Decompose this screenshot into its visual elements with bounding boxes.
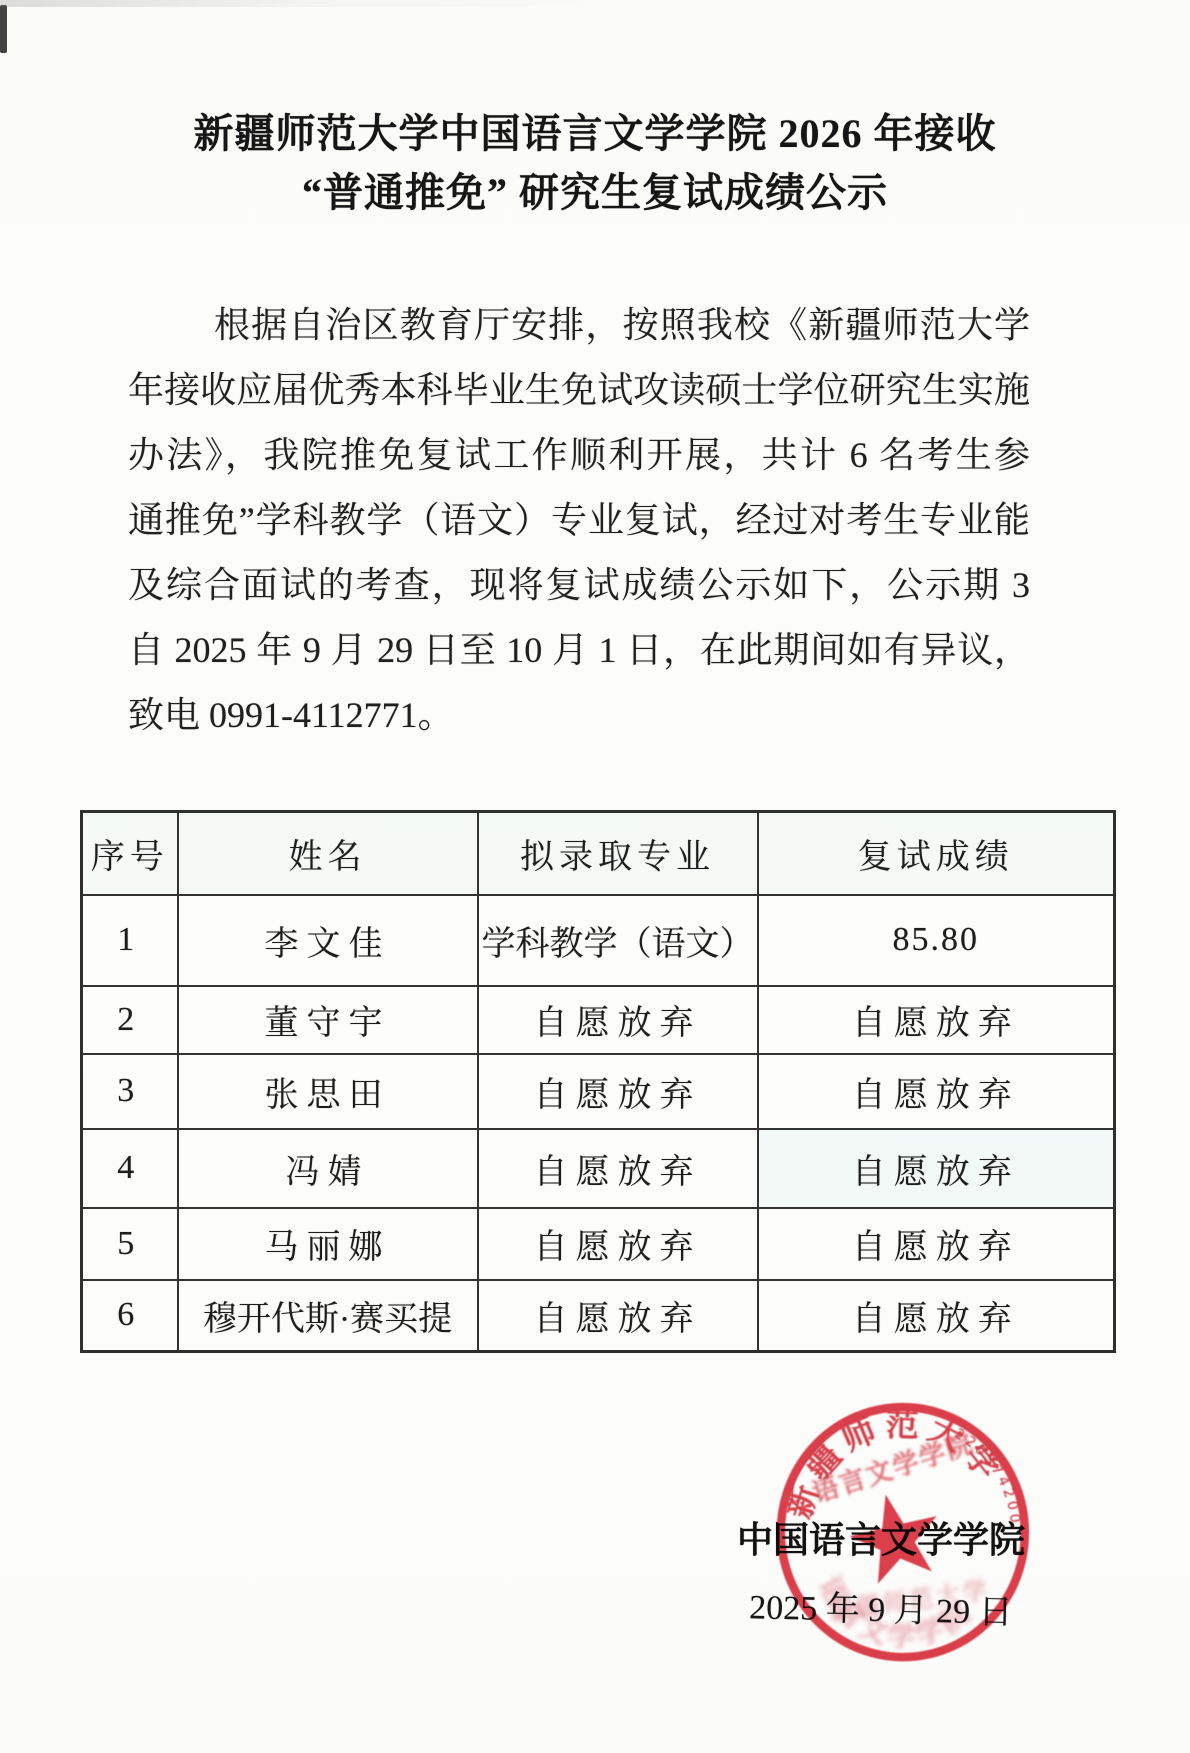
cell-score: 自愿放弃 [758,1054,1115,1129]
body-line: 根据自治区教育厅安排，按照我校《新疆师范大学 2026 [128,293,1030,358]
body-paragraph: 根据自治区教育厅安排，按照我校《新疆师范大学 2026 年接收应届优秀本科毕业生… [128,293,1030,748]
table-header-row: 序号 姓名 拟录取专业 复试成绩 [82,812,1115,895]
header-score: 复试成绩 [758,812,1115,895]
body-line: 致电 0991-4112771。 [128,683,1030,748]
table-row: 4 冯婧 自愿放弃 自愿放弃 [82,1129,1115,1208]
cell-name: 马丽娜 [178,1208,478,1280]
body-line: 办法》，我院推免复试工作顺利开展，共计 6 名考生参加“普 [128,423,1030,488]
score-table: 序号 姓名 拟录取专业 复试成绩 1 李文佳 学科教学（语文） 85.80 2 … [80,810,1116,1353]
table-row: 5 马丽娜 自愿放弃 自愿放弃 [82,1208,1115,1280]
cell-no: 3 [82,1054,178,1129]
cell-score: 自愿放弃 [758,986,1115,1054]
table-row: 6 穆开代斯·赛买提 自愿放弃 自愿放弃 [82,1280,1115,1352]
table-row: 2 董守宇 自愿放弃 自愿放弃 [82,986,1115,1054]
cell-major: 自愿放弃 [478,1208,758,1280]
cell-major: 自愿放弃 [478,1129,758,1208]
cell-name: 李文佳 [178,895,478,986]
cell-score: 自愿放弃 [758,1208,1115,1280]
cell-score: 自愿放弃 [758,1129,1115,1208]
cell-score: 85.80 [758,895,1115,986]
cell-no: 5 [82,1208,178,1280]
cell-no: 2 [82,986,178,1054]
cell-no: 1 [82,895,178,986]
body-line: 自 2025 年 9 月 29 日至 10 月 1 日，在此期间如有异议，请 [128,618,1030,683]
scan-edge-shadow [0,0,738,7]
cell-no: 4 [82,1129,178,1208]
cell-name: 穆开代斯·赛买提 [178,1280,478,1352]
red-star-icon [847,1492,940,1585]
cell-name: 冯婧 [178,1129,478,1208]
cell-name: 张思田 [178,1054,478,1129]
header-name: 姓名 [178,812,478,895]
table-row: 3 张思田 自愿放弃 自愿放弃 [82,1054,1115,1129]
scan-corner-artifact [0,5,7,53]
cell-major: 自愿放弃 [478,1054,758,1129]
cell-name: 董守宇 [178,986,478,1054]
cell-major: 学科教学（语文） [478,895,758,986]
body-line: 年接收应届优秀本科毕业生免试攻读硕士学位研究生实施 [128,358,1030,423]
body-line: 通推免”学科教学（语文）专业复试，经过对考生专业能力 [128,488,1030,553]
cell-major: 自愿放弃 [478,986,758,1054]
document-title-line1: 新疆师范大学中国语言文学学院 2026 年接收 [0,104,1190,163]
header-major: 拟录取专业 [478,812,758,895]
body-line: 及综合面试的考查，现将复试成绩公示如下，公示期 3 天， [128,553,1030,618]
document-title: 新疆师范大学中国语言文学学院 2026 年接收 “普通推免” 研究生复试成绩公示 [0,104,1190,222]
cell-no: 6 [82,1280,178,1352]
document-title-line2: “普通推免” 研究生复试成绩公示 [0,163,1190,222]
header-serial-number: 序号 [82,812,178,895]
cell-score: 自愿放弃 [758,1280,1115,1352]
scanned-announcement-document: 新疆师范大学中国语言文学学院 2026 年接收 “普通推免” 研究生复试成绩公示… [0,0,1190,1753]
cell-major: 自愿放弃 [478,1280,758,1352]
table-row: 1 李文佳 学科教学（语文） 85.80 [82,895,1115,986]
official-seal-stamp: 新疆师范大学 语言文学学院 220374200 语言文学学院 新疆师范大学 [767,1395,1043,1674]
